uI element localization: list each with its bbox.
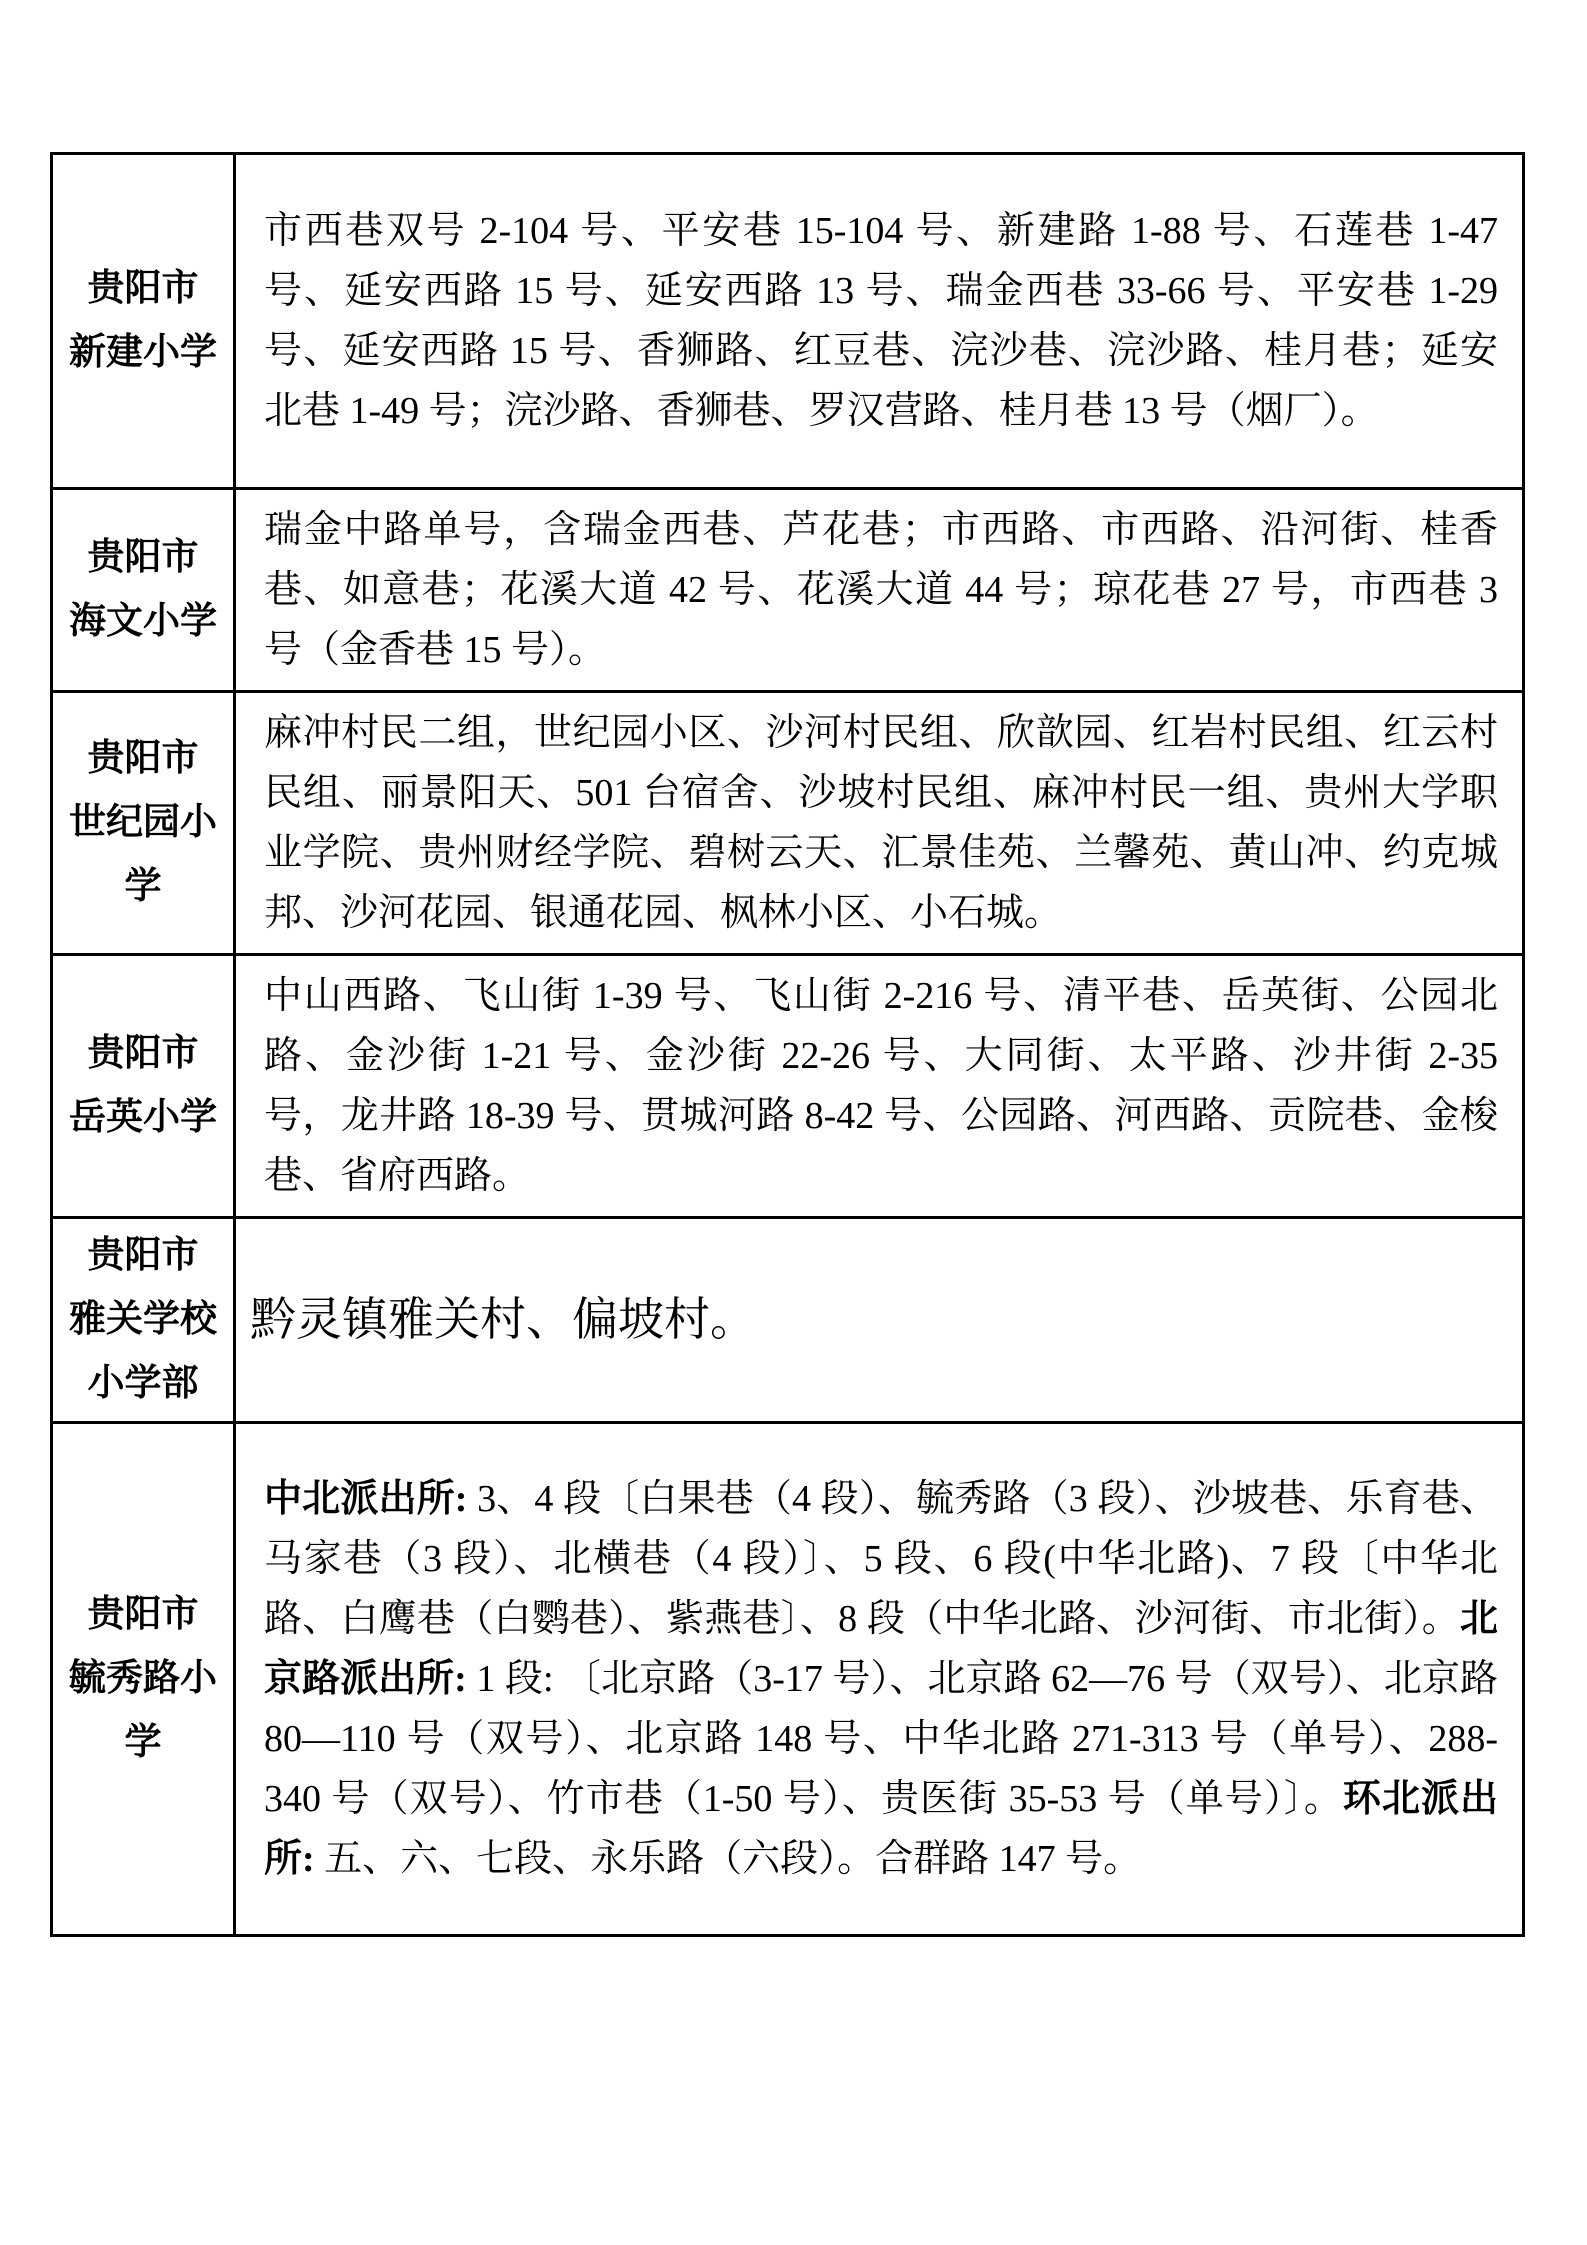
district-content-cell: 中山西路、飞山街 1-39 号、飞山街 2-216 号、清平巷、岳英街、公园北路… xyxy=(235,955,1524,1218)
district-text: 麻冲村民二组，世纪园小区、沙河村民组、欣歆园、红岩村民组、红云村民组、丽景阳天、… xyxy=(264,712,1498,934)
school-name-cell: 贵阳市 毓秀路小学 xyxy=(52,1423,235,1936)
school-district-table: 贵阳市 新建小学市西巷双号 2-104 号、平安巷 15-104 号、新建路 1… xyxy=(50,152,1525,1937)
district-content-cell: 瑞金中路单号，含瑞金西巷、芦花巷；市西路、市西路、沿河街、桂香巷、如意巷；花溪大… xyxy=(235,489,1524,692)
district-text: 五、六、七段、永乐路（六段）。合群路 147 号。 xyxy=(324,1838,1141,1880)
district-text: 中山西路、飞山街 1-39 号、飞山街 2-216 号、清平巷、岳英街、公园北路… xyxy=(264,975,1498,1197)
school-name-cell: 贵阳市 新建小学 xyxy=(52,154,235,489)
table-row: 贵阳市 雅关学校 小学部黔灵镇雅关村、偏坡村。 xyxy=(52,1218,1524,1423)
district-content-cell: 麻冲村民二组，世纪园小区、沙河村民组、欣歆园、红岩村民组、红云村民组、丽景阳天、… xyxy=(235,692,1524,955)
district-content-cell: 中北派出所: 3、4 段〔白果巷（4 段）、毓秀路（3 段）、沙坡巷、乐育巷、马… xyxy=(235,1423,1524,1936)
police-station-label: 中北派出所: xyxy=(264,1478,477,1520)
table-row: 贵阳市 世纪园小学麻冲村民二组，世纪园小区、沙河村民组、欣歆园、红岩村民组、红云… xyxy=(52,692,1524,955)
district-text: 市西巷双号 2-104 号、平安巷 15-104 号、新建路 1-88 号、石莲… xyxy=(264,210,1498,432)
page: { "document": { "type": "school-district… xyxy=(0,0,1587,2245)
district-text: 黔灵镇雅关村、偏坡村。 xyxy=(250,1294,756,1345)
school-name-cell: 贵阳市 岳英小学 xyxy=(52,955,235,1218)
table-row: 贵阳市 岳英小学中山西路、飞山街 1-39 号、飞山街 2-216 号、清平巷、… xyxy=(52,955,1524,1218)
school-name-cell: 贵阳市 雅关学校 小学部 xyxy=(52,1218,235,1423)
district-text: 瑞金中路单号，含瑞金西巷、芦花巷；市西路、市西路、沿河街、桂香巷、如意巷；花溪大… xyxy=(264,509,1498,671)
school-district-table-body: 贵阳市 新建小学市西巷双号 2-104 号、平安巷 15-104 号、新建路 1… xyxy=(52,154,1524,1936)
table-row: 贵阳市 海文小学瑞金中路单号，含瑞金西巷、芦花巷；市西路、市西路、沿河街、桂香巷… xyxy=(52,489,1524,692)
school-name-cell: 贵阳市 世纪园小学 xyxy=(52,692,235,955)
district-content-cell: 市西巷双号 2-104 号、平安巷 15-104 号、新建路 1-88 号、石莲… xyxy=(235,154,1524,489)
school-name-cell: 贵阳市 海文小学 xyxy=(52,489,235,692)
table-row: 贵阳市 新建小学市西巷双号 2-104 号、平安巷 15-104 号、新建路 1… xyxy=(52,154,1524,489)
table-row: 贵阳市 毓秀路小学中北派出所: 3、4 段〔白果巷（4 段）、毓秀路（3 段）、… xyxy=(52,1423,1524,1936)
district-content-cell: 黔灵镇雅关村、偏坡村。 xyxy=(235,1218,1524,1423)
